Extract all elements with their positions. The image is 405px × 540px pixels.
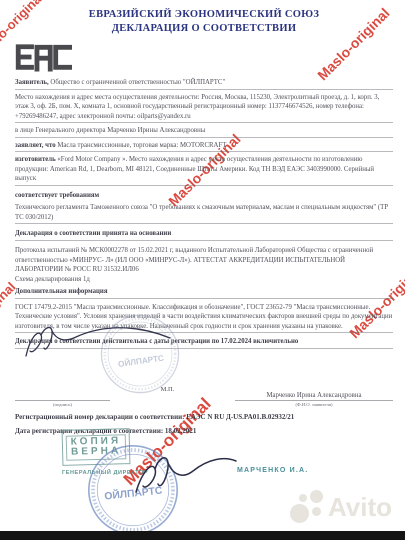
additional-heading: Дополнительная информация xyxy=(15,287,393,299)
declarant-name-line xyxy=(235,399,393,401)
handwritten-signature-top xyxy=(18,322,178,367)
applicant-address: Место нахождения и адрес места осуществл… xyxy=(15,93,393,124)
avito-wordmark: Avito xyxy=(328,492,392,523)
title-line-1: ЕВРАЗИЙСКИЙ ЭКОНОМИЧЕСКИЙ СОЮЗ xyxy=(15,8,393,22)
manufacturer-value: «Ford Motor Company ». Место нахождения … xyxy=(15,156,374,182)
avito-logo: Avito xyxy=(288,488,400,528)
declarant-name-column: Марченко Ирина Александровна (Ф.И.О. зая… xyxy=(235,392,393,407)
signature-caption: (подпись) xyxy=(15,402,110,407)
handwritten-signature-bottom xyxy=(128,448,243,508)
complies-heading: соответствует требованиям xyxy=(15,191,393,201)
avito-dot-small xyxy=(299,494,307,502)
applicant-value: Общество с ограниченной ответственностью… xyxy=(50,79,225,86)
avito-dot-tiny xyxy=(312,507,321,516)
in-person-line: в лице Генерального директора Марченко И… xyxy=(15,126,393,138)
signature-line xyxy=(15,388,110,401)
declares-value: Масла трансмиссионные, торговая марка: M… xyxy=(57,142,226,149)
manufacturer-label: изготовитель xyxy=(15,156,56,163)
scheme-line: Схема декларирования 1д xyxy=(15,275,393,285)
declarant-name: Марченко Ирина Александровна xyxy=(235,392,393,399)
declarant-name-caption: (Ф.И.О. заявителя) xyxy=(235,402,393,407)
director-name-stamp: МАРЧЕНКО И.А. xyxy=(237,467,308,474)
signature-column: (подпись) xyxy=(15,388,110,407)
declares-line: заявляет, что Масла трансмиссионные, тор… xyxy=(15,141,393,153)
registration-number-line: Регистрационный номер декларации о соотв… xyxy=(15,413,393,421)
applicant-label: Заявитель, xyxy=(15,79,49,86)
bottom-black-bar xyxy=(0,531,405,540)
title-line-2: ДЕКЛАРАЦИЯ О СООТВЕТСТВИИ xyxy=(15,22,393,36)
declares-label: заявляет, что xyxy=(15,142,56,149)
avito-dot-medium xyxy=(310,490,323,503)
basis-heading: Декларация о соответствии принята на осн… xyxy=(15,229,393,241)
applicant-line: Заявитель, Общество с ограниченной ответ… xyxy=(15,78,393,90)
signature-row: (подпись) М.П. Марченко Ирина Александро… xyxy=(15,363,393,407)
avito-dot-large xyxy=(290,504,309,523)
manufacturer-line: изготовитель «Ford Motor Company ». Мест… xyxy=(15,155,393,186)
basis-text: Протокола испытаний № МСК0002278 от 15.0… xyxy=(15,246,393,275)
declaration-document: Maslo-original Maslo-original Maslo-orig… xyxy=(0,0,405,540)
document-title: ЕВРАЗИЙСКИЙ ЭКОНОМИЧЕСКИЙ СОЮЗ ДЕКЛАРАЦИ… xyxy=(15,8,393,35)
complies-text: Технического регламента Таможенного союз… xyxy=(15,203,393,224)
